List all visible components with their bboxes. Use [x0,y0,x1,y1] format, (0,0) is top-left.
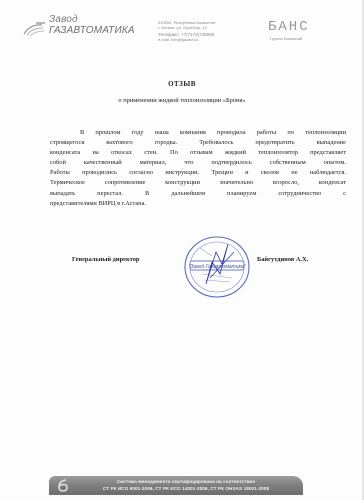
certification-line2: СТ РК ИСО 9001-2009, СТ РК ИСО 14001-200… [73,486,299,491]
svg-text:"Завод Газавтоматика": "Завод Газавтоматика" [189,264,246,270]
letter-page: Завод ГАЗАВТОМАТИКА 010000, Республика К… [0,0,364,500]
body-line: собой качественный материал, что подтвер… [50,158,346,168]
swoosh-logo-icon [22,22,46,36]
body-line: выпадать перестал. В дальнейшем планируе… [50,189,346,199]
address-email: e-mail: info@gazavt.kz [158,37,248,42]
logo-text-line1: Завод [49,14,78,25]
company-logo-left: Завод ГАЗАВТОМАТИКА [22,14,132,38]
company-stamp-icon: "Завод Газавтоматика" [182,234,252,300]
brand-name: БАНС [268,20,348,34]
body-line: конденсата на откосах стен. По отзывам ж… [50,148,346,158]
certification-logo-icon [56,478,70,493]
certification-line1: Система менеджмента сертифицирована на с… [73,479,299,484]
signatory-name: Байгутдинов А.Х. [257,256,308,263]
signatory-role: Генеральный директор [72,256,139,263]
company-logo-right: БАНС Группа Компаний [268,20,348,41]
body-line: Работы проводились согласно инструкции. … [50,168,346,178]
body-line: строящегося вахтового городка. Требовало… [50,138,346,148]
body-line: В прошлом году наша компания проводила р… [50,128,346,138]
body-line: представителями ВИРЦ в г.Астана. [50,199,346,209]
brand-subtitle: Группа Компаний [270,36,348,41]
certification-banner: Система менеджмента сертифицирована на с… [49,476,303,495]
company-address: 010000, Республика Казахстан, г. Астана,… [158,20,248,42]
logo-text-line2: ГАЗАВТОМАТИКА [49,25,135,36]
document-title: ОТЗЫВ [0,80,364,88]
body-line: Термическое сопротивление конструкции зн… [50,178,346,188]
document-body: В прошлом году наша компания проводила р… [50,128,346,209]
address-line2: г. Астана, ул. Орынбор, 10 [158,25,248,30]
document-subtitle: о применении жидкой теплоизоляции «Броня… [0,97,364,104]
